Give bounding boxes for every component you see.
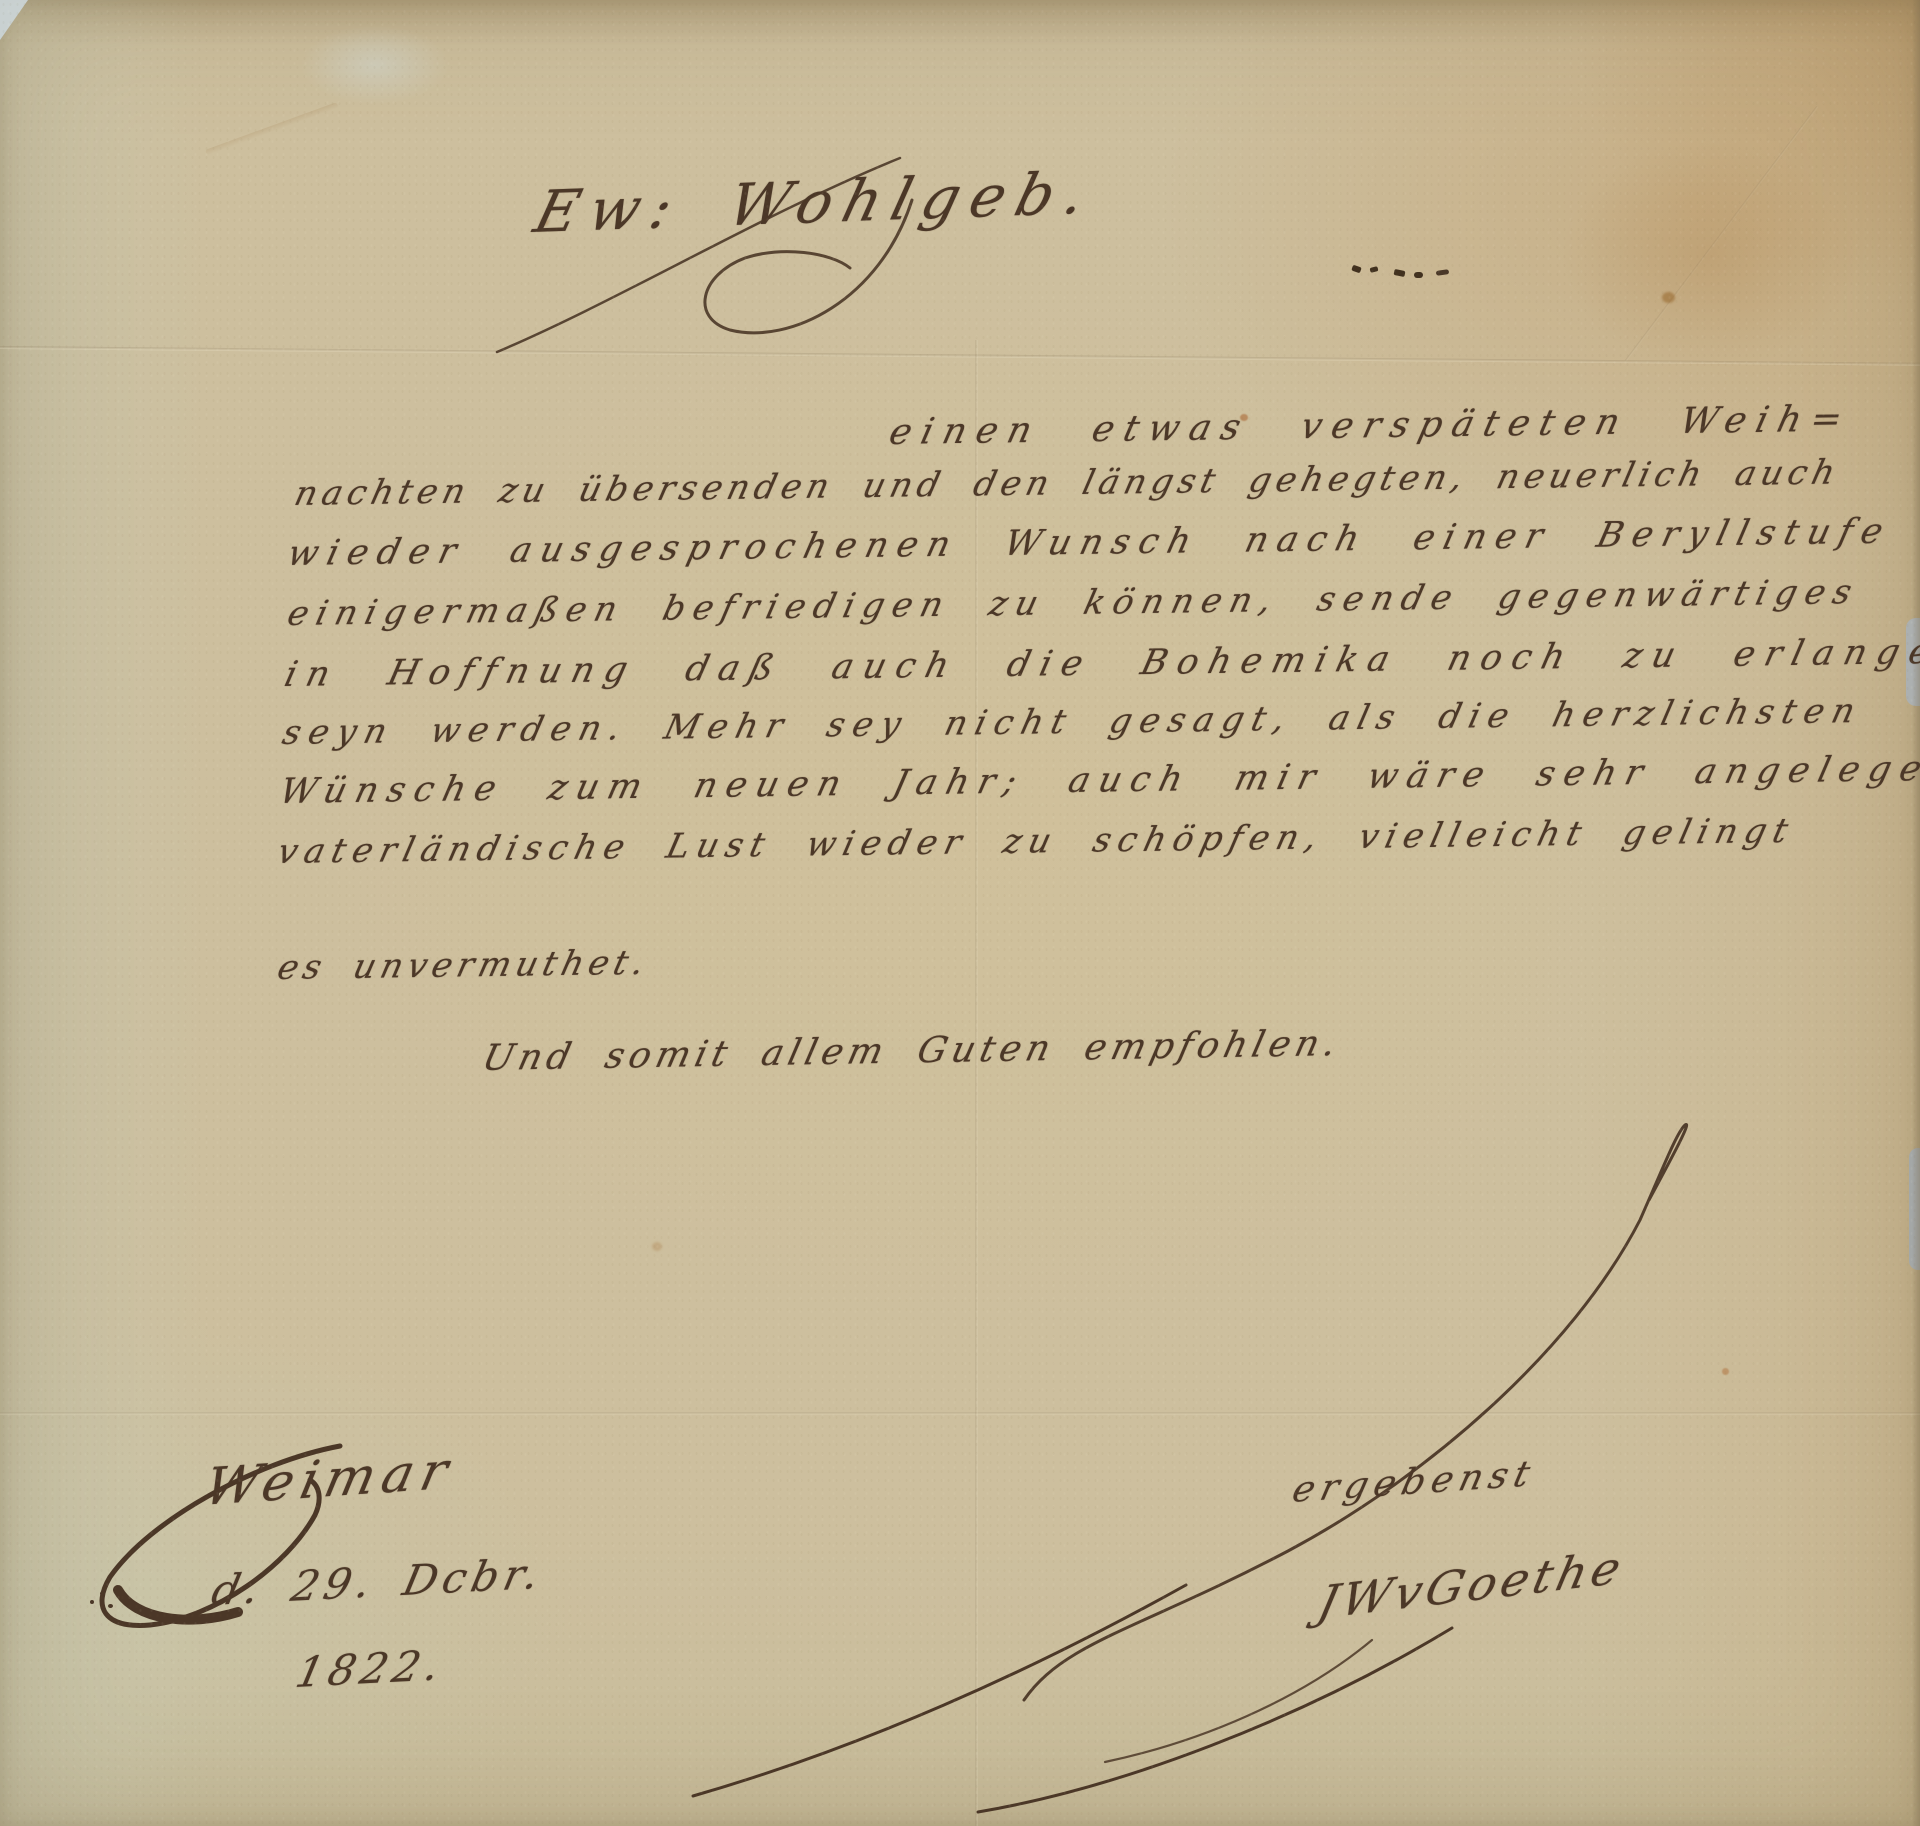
ink-speck xyxy=(100,1592,103,1595)
ink-splatter-specks xyxy=(88,1588,128,1618)
fold-line-horizontal-lower xyxy=(0,1412,1920,1415)
ink-speck xyxy=(118,1596,121,1599)
ink-blot-dot xyxy=(1436,269,1450,276)
ink-blot-dot xyxy=(1393,269,1405,277)
ink-speck xyxy=(108,1604,113,1608)
letter-scan-page: { "letter": { "salutation": "Ew: Wohlgeb… xyxy=(0,0,1920,1826)
ink-blot-dot xyxy=(1351,265,1362,274)
paper-corner-sliver-top-left xyxy=(0,0,28,40)
aged-paper-background xyxy=(0,0,1920,1826)
ink-blot-dot xyxy=(1369,266,1378,273)
paper-tear-right-edge-shade xyxy=(1912,0,1920,1826)
ink-speck xyxy=(90,1600,94,1604)
handwriting-line-9: es unvermuthet. xyxy=(274,943,654,988)
ink-blot-marks xyxy=(1352,258,1482,284)
year-text: 1822. xyxy=(291,1640,449,1697)
ink-blot-dot xyxy=(1414,272,1423,278)
